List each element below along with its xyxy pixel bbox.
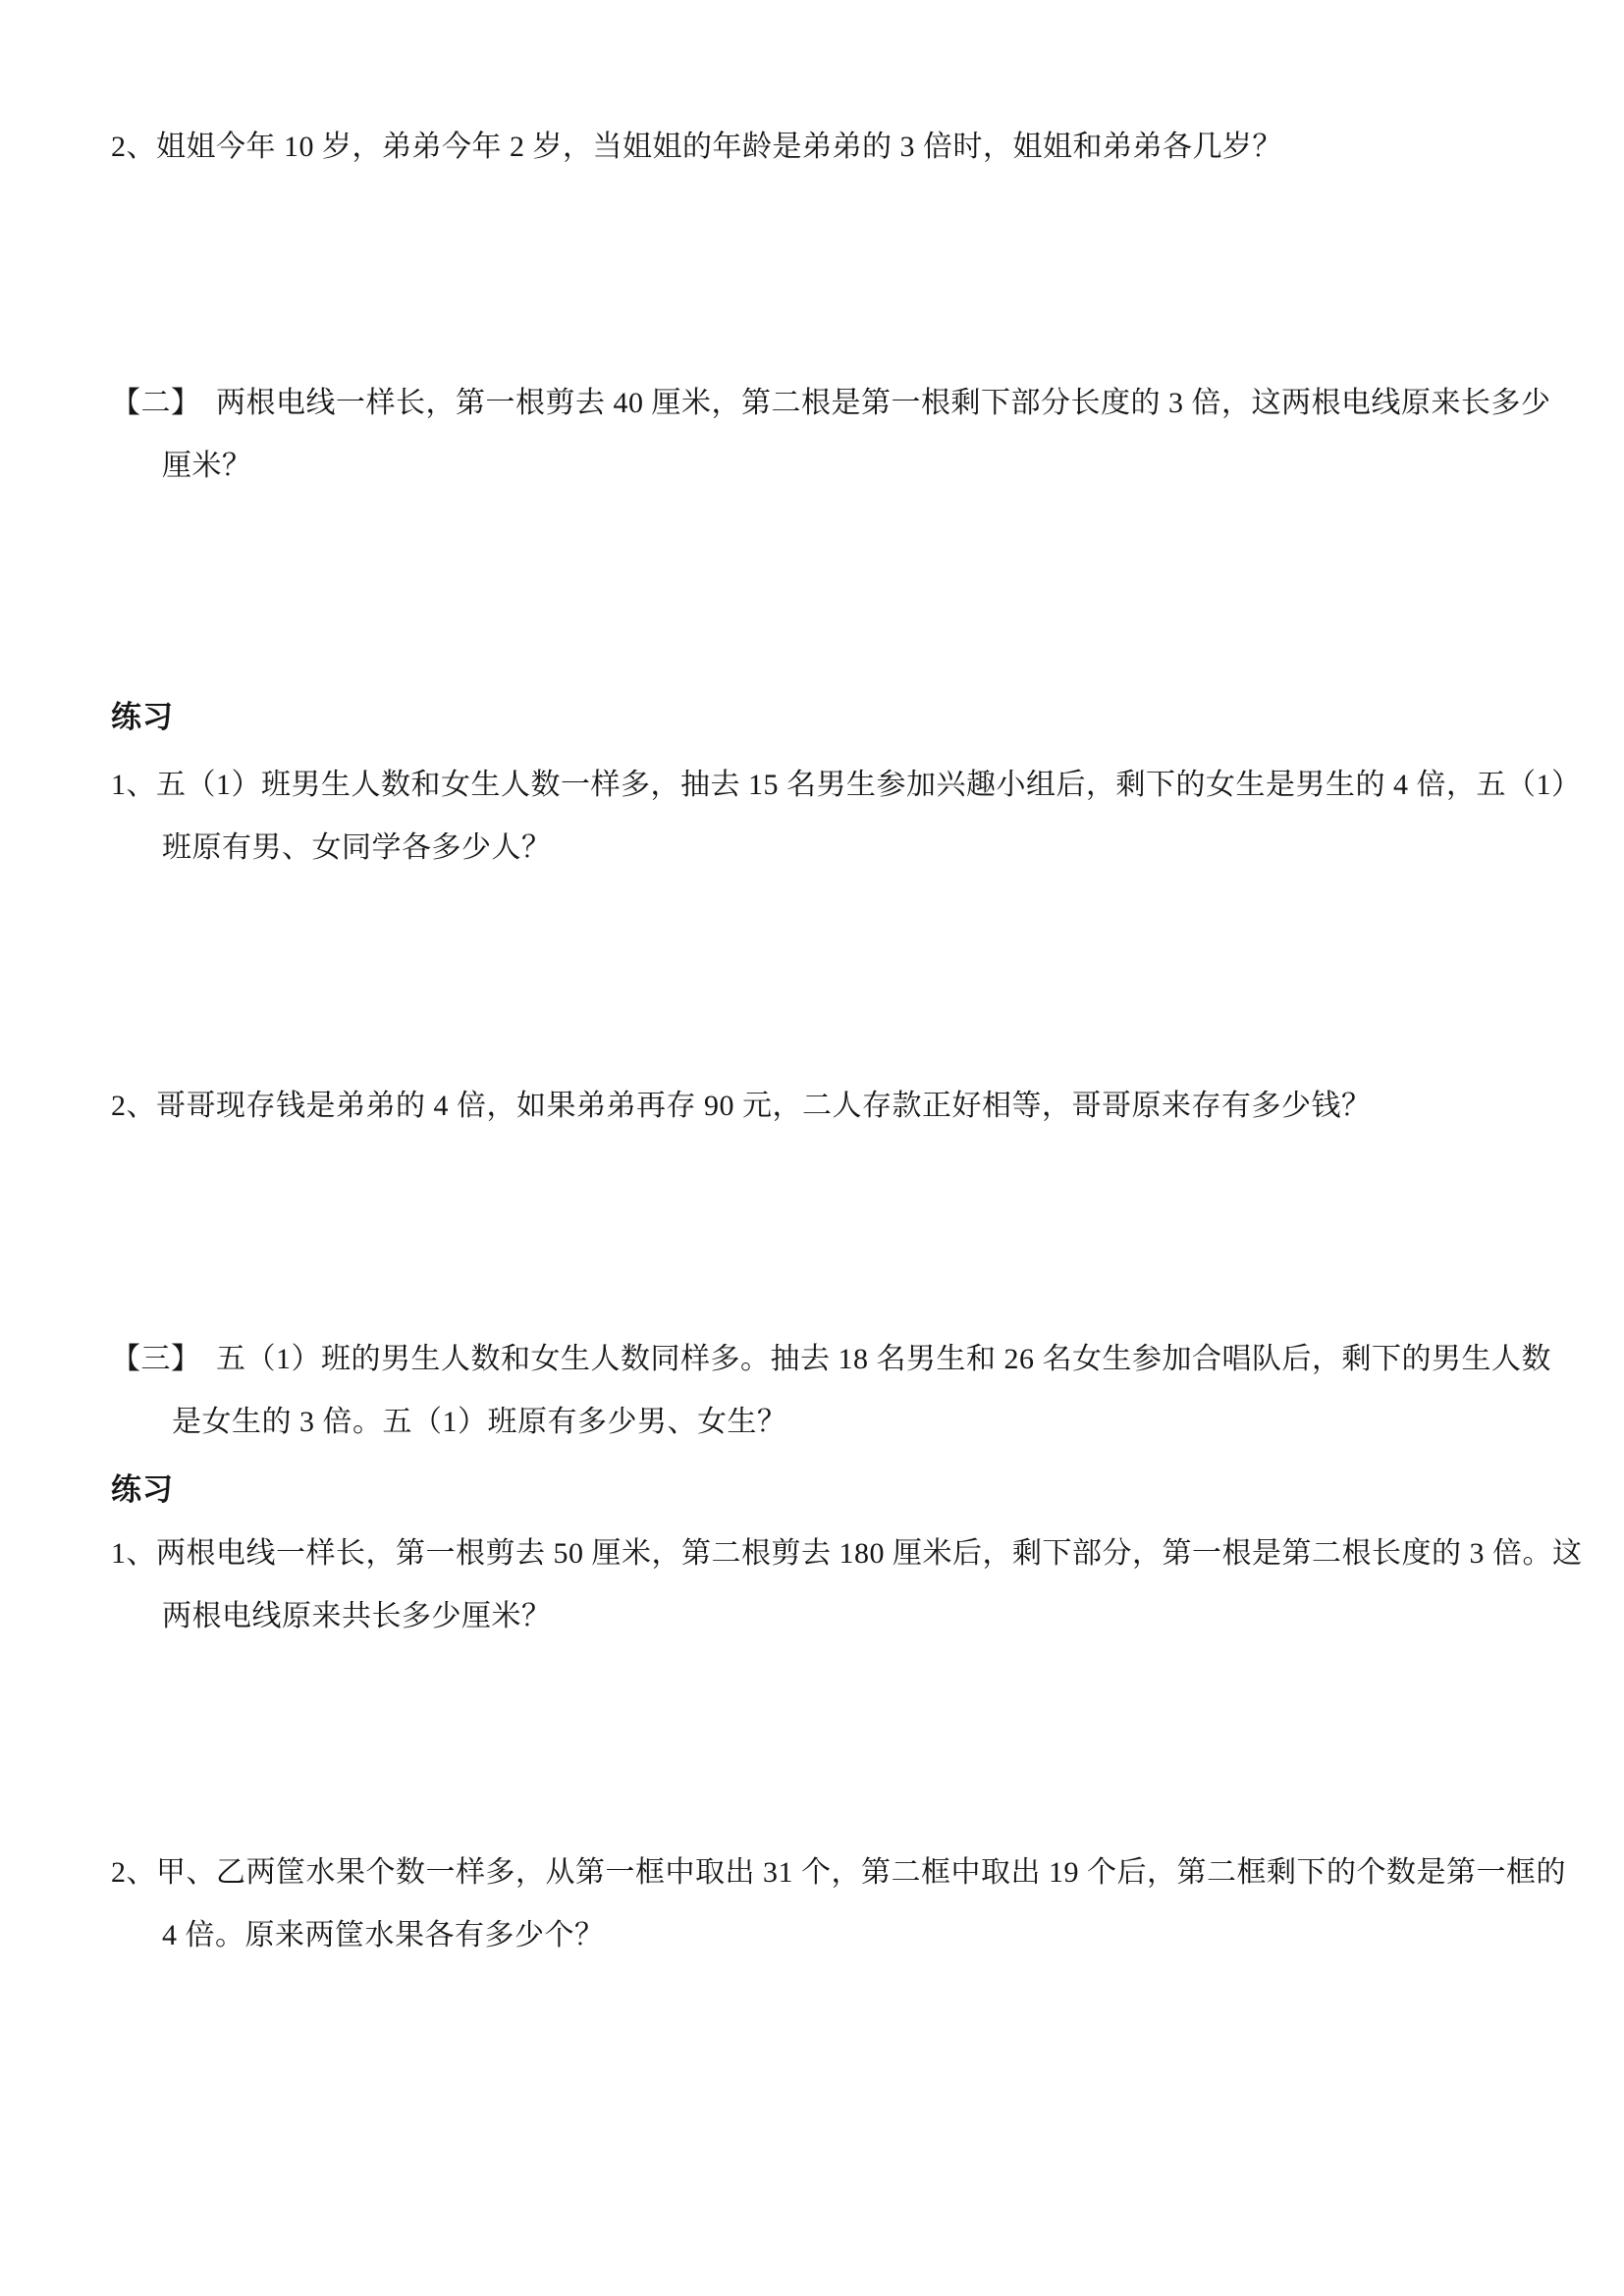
question-2-siblings-age: 2、姐姐今年 10 岁，弟弟今年 2 岁，当姐姐的年龄是弟弟的 3 倍时，姐姐和… — [111, 116, 1544, 179]
example-2-wires: 【二】 两根电线一样长，第一根剪去 40 厘米，第二根是第一根剩下部分长度的 3… — [111, 372, 1544, 498]
text-line: 是女生的 3 倍。五（1）班原有多少男、女生？ — [111, 1391, 1544, 1454]
text-line: 练习 — [111, 1459, 1544, 1522]
practice-1-question-2: 2、哥哥现存钱是弟弟的 4 倍，如果弟弟再存 90 元，二人存款正好相等，哥哥原… — [111, 1075, 1544, 1138]
text-line: 练习 — [111, 686, 1544, 749]
text-line: 2、哥哥现存钱是弟弟的 4 倍，如果弟弟再存 90 元，二人存款正好相等，哥哥原… — [111, 1075, 1544, 1138]
text-line: 2、姐姐今年 10 岁，弟弟今年 2 岁，当姐姐的年龄是弟弟的 3 倍时，姐姐和… — [111, 116, 1544, 179]
practice-2-question-2: 2、甲、乙两筐水果个数一样多，从第一框中取出 31 个，第二框中取出 19 个后… — [111, 1842, 1544, 1967]
text-line: 班原有男、女同学各多少人？ — [111, 817, 1544, 880]
practice-1-question-1: 1、五（1）班男生人数和女生人数一样多，抽去 15 名男生参加兴趣小组后，剩下的… — [111, 754, 1544, 880]
worksheet-page: 2、姐姐今年 10 岁，弟弟今年 2 岁，当姐姐的年龄是弟弟的 3 倍时，姐姐和… — [0, 0, 1624, 2296]
text-line: 厘米？ — [111, 435, 1544, 498]
text-line: 4 倍。原来两筐水果各有多少个？ — [111, 1904, 1544, 1967]
text-line: 【二】 两根电线一样长，第一根剪去 40 厘米，第二根是第一根剩下部分长度的 3… — [111, 372, 1544, 435]
text-line: 1、两根电线一样长，第一根剪去 50 厘米，第二根剪去 180 厘米后，剩下部分… — [111, 1522, 1544, 1585]
practice-2-question-1: 1、两根电线一样长，第一根剪去 50 厘米，第二根剪去 180 厘米后，剩下部分… — [111, 1522, 1544, 1648]
text-line: 1、五（1）班男生人数和女生人数一样多，抽去 15 名男生参加兴趣小组后，剩下的… — [111, 754, 1544, 817]
text-line: 两根电线原来共长多少厘米？ — [111, 1585, 1544, 1648]
text-line: 2、甲、乙两筐水果个数一样多，从第一框中取出 31 个，第二框中取出 19 个后… — [111, 1842, 1544, 1904]
practice-heading-2: 练习 — [111, 1459, 1544, 1522]
practice-heading-1: 练习 — [111, 686, 1544, 749]
example-3-class: 【三】 五（1）班的男生人数和女生人数同样多。抽去 18 名男生和 26 名女生… — [111, 1328, 1544, 1454]
text-line: 【三】 五（1）班的男生人数和女生人数同样多。抽去 18 名男生和 26 名女生… — [111, 1328, 1544, 1391]
